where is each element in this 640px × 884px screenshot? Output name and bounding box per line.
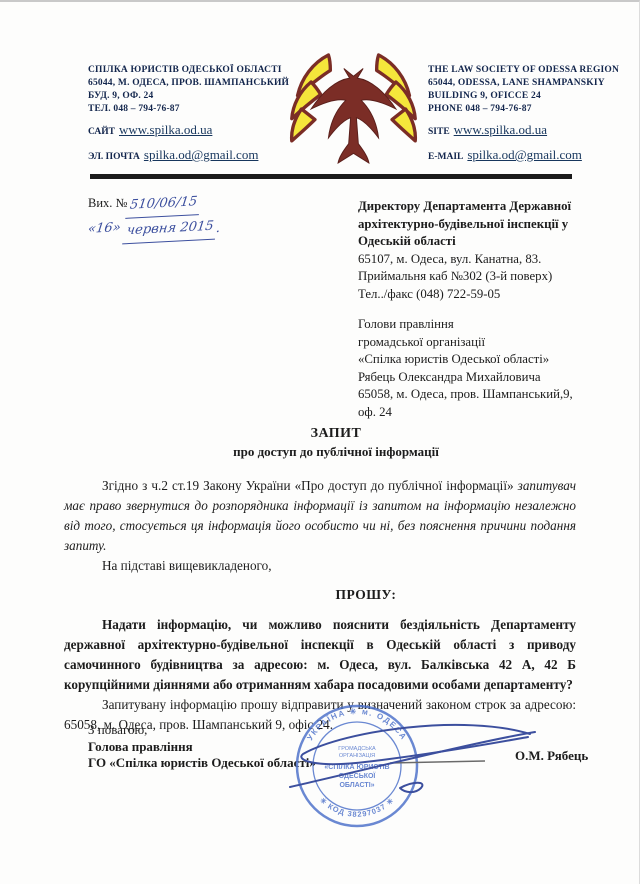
sender-line: 65058, м. Одеса, пров. Шампанський,9, [358, 386, 618, 404]
sender-line: громадської організації [358, 334, 618, 352]
document-title: ЗАПИТ про доступ до публічної інформації [80, 426, 592, 460]
org-phone-ua: ТЕЛ. 048 – 794-76-87 [88, 103, 298, 116]
date-day-handwritten: «16» [87, 217, 122, 241]
email-link-en[interactable]: spilka.od@gmail.com [467, 147, 582, 162]
stamp-ring-bottom-text: ✳ КОД 38297037 ✳ [318, 796, 396, 819]
paragraph-lead: Згідно з ч.2 ст.19 Закону України «Про д… [102, 478, 518, 493]
sender-from-block: Голови правління громадської організації… [358, 316, 618, 421]
reference-number-line: Вих. №510/06/15 [88, 192, 338, 217]
letterhead-divider [90, 174, 572, 179]
sender-line: Голови правління [358, 316, 618, 334]
org-address-en-2: BUILDING 9, OFICCE 24 [428, 90, 633, 103]
addressee-to-line: Приймальня каб №302 (3-й поверх) [358, 268, 618, 286]
org-phone-en: PHONE 048 – 794-76-87 [428, 103, 633, 116]
sender-line: оф. 24 [358, 404, 618, 422]
email-row-ua: ЭЛ. ПОЧТАspilka.od@gmail.com [88, 146, 298, 166]
addressee-to-line: Тел../факс (048) 722-59-05 [358, 286, 618, 304]
stamp-center-line: ОРГАНІЗАЦІЯ [339, 753, 375, 759]
site-row-ua: САЙТwww.spilka.od.ua [88, 121, 298, 141]
svg-text:✳ КОД 38297037 ✳: ✳ КОД 38297037 ✳ [318, 796, 396, 819]
addressee-to-line: Директору Департамента Державної [358, 198, 618, 216]
email-label-ua: ЭЛ. ПОЧТА [88, 152, 140, 162]
reference-date-line: «16» червня 2015. [88, 217, 338, 242]
letter-body: Згідно з ч.2 ст.19 Закону України «Про д… [64, 476, 576, 735]
title-sub: про доступ до публічної інформації [80, 444, 592, 460]
date-month-handwritten: червня 2015 [122, 216, 218, 245]
org-name-en: THE LAW SOCIETY OF ODESSA REGION [428, 64, 633, 77]
email-label-en: E-MAIL [428, 152, 463, 162]
scanned-letter-page: СПІЛКА ЮРИСТІВ ОДЕСЬКОЇ ОБЛАСТІ 65044, М… [0, 0, 640, 884]
stamp-center-line: ОБЛАСТІ» [339, 782, 374, 789]
email-row-en: E-MAILspilka.od@gmail.com [428, 146, 633, 166]
site-link-en[interactable]: www.spilka.od.ua [454, 122, 547, 137]
stamp-ring-top-text: УКРАЇНА ✳ м. ОДЕСА [305, 707, 408, 742]
reference-block: Вих. №510/06/15 «16» червня 2015. [88, 192, 338, 242]
letterhead-left: СПІЛКА ЮРИСТІВ ОДЕСЬКОЇ ОБЛАСТІ 65044, М… [88, 64, 298, 166]
signer-title-1: Голова правління [88, 739, 316, 756]
email-link-ua[interactable]: spilka.od@gmail.com [144, 147, 259, 162]
firebird-phoenix-logo-icon [286, 48, 421, 170]
request-heading: ПРОШУ: [156, 585, 576, 605]
org-address-ua-1: 65044, М. ОДЕСА, ПРОВ. ШАМПАНСЬКИЙ [88, 77, 298, 90]
sender-line: Рябець Олександра Михайловича [358, 369, 618, 387]
round-stamp-icon: УКРАЇНА ✳ м. ОДЕСА ✳ КОД 38297037 ✳ ГРОМ… [297, 706, 417, 826]
site-label-ua: САЙТ [88, 127, 115, 137]
handwritten-signature-icon [290, 725, 535, 792]
signature-block: З повагою, Голова правління ГО «Спілка ю… [88, 722, 316, 772]
org-address-en-1: 65044, ODESSA, LANE SHAMPANSKIY [428, 77, 633, 90]
site-label-en: SITE [428, 127, 450, 137]
paragraph-transition: На підставі вищевикладеного, [64, 556, 576, 576]
paragraph-legal-basis: Згідно з ч.2 ст.19 Закону України «Про д… [64, 476, 576, 556]
title-main: ЗАПИТ [80, 426, 592, 442]
stamp-center-line: ОДЕСЬКОЇ [339, 772, 377, 780]
site-row-en: SITEwww.spilka.od.ua [428, 121, 633, 141]
reference-number-handwritten: 510/06/15 [126, 191, 202, 219]
signature-line [390, 761, 485, 763]
letterhead-right: THE LAW SOCIETY OF ODESSA REGION 65044, … [428, 64, 633, 166]
sender-line: «Спілка юристів Одеської області» [358, 351, 618, 369]
addressee-to-line: Одеській області [358, 233, 618, 251]
signer-title-2: ГО «Спілка юристів Одеської області» [88, 755, 316, 772]
closing-phrase: З повагою, [88, 722, 316, 739]
stamp-center-line: ГРОМАДСЬКА [338, 746, 376, 752]
svg-text:УКРАЇНА ✳ м. ОДЕСА: УКРАЇНА ✳ м. ОДЕСА [305, 707, 408, 742]
addressee-to-line: 65107, м. Одеса, вул. Канатна, 83. [358, 251, 618, 269]
org-address-ua-2: БУД. 9, ОФ. 24 [88, 90, 298, 103]
addressee-to-block: Директору Департамента Державної архітек… [358, 198, 618, 303]
reference-label: Вих. № [88, 196, 127, 210]
paragraph-request: Надати інформацію, чи можливо пояснити б… [64, 615, 576, 695]
org-name-ua: СПІЛКА ЮРИСТІВ ОДЕСЬКОЇ ОБЛАСТІ [88, 64, 298, 77]
site-link-ua[interactable]: www.spilka.od.ua [119, 122, 212, 137]
stamp-and-signature: УКРАЇНА ✳ м. ОДЕСА ✳ КОД 38297037 ✳ ГРОМ… [285, 702, 555, 842]
addressee-to-line: архітектурно-будівельної інспекції у [358, 216, 618, 234]
